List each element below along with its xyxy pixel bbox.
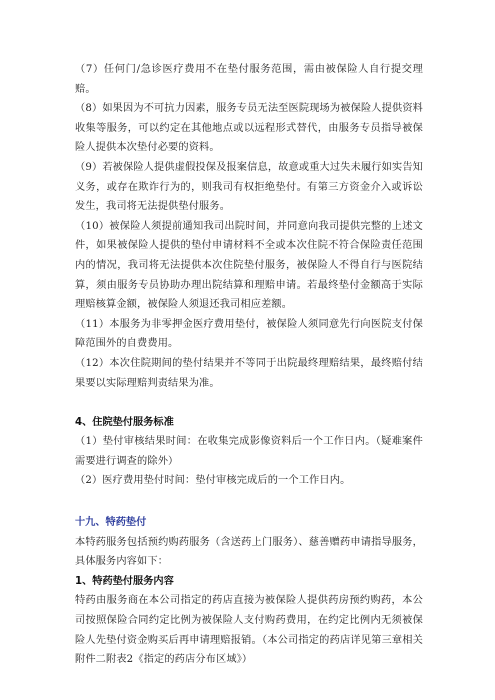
chapter-19-heading: 十九、特药垫付: [75, 513, 423, 533]
section-4-heading: 4、住院垫付服务标准: [75, 413, 423, 433]
standard-1: （1）垫付审核结果时间：在收集完成影像资料后一个工作日内。（疑难案件需要进行调查…: [75, 432, 423, 471]
clause-7: （7）任何门/急诊医疗费用不在垫付服务范围，需由被保险人自行提交理赔。: [75, 60, 423, 99]
subsection-1-body: 特药由服务商在本公司指定的药店直接为被保险人提供药房预约购药，本公司按照保险合同…: [75, 591, 423, 669]
chapter-19-intro: 本特药服务包括预约购药服务（含送药上门服务）、慈善赠药申请指导服务，具体服务内容…: [75, 533, 423, 572]
document-page: （7）任何门/急诊医疗费用不在垫付服务范围，需由被保险人自行提交理赔。 （8）如…: [75, 60, 423, 670]
spacer: [75, 393, 423, 413]
clause-8: （8）如果因为不可抗力因素，服务专员无法至医院现场为被保险人提供资料收集等服务，…: [75, 99, 423, 158]
clause-9: （9）若被保险人提供虚假投保及报案信息，故意或重大过失未履行如实告知义务，或存在…: [75, 158, 423, 217]
subsection-1-heading: 1、特药垫付服务内容: [75, 572, 423, 592]
spacer: [75, 491, 423, 513]
standard-2: （2）医疗费用垫付时间：垫付审核完成后的一个工作日内。: [75, 471, 423, 491]
clause-12: （12）本次住院期间的垫付结果并不等同于出院最终理赔结果，最终赔付结果要以实际理…: [75, 354, 423, 393]
clause-11: （11）本服务为非零押金医疗费用垫付，被保险人须同意先行向医院支付保障范围外的自…: [75, 315, 423, 354]
clause-10: （10）被保险人须提前通知我司出院时间，并同意向我司提供完整的上述文件，如果被保…: [75, 217, 423, 315]
